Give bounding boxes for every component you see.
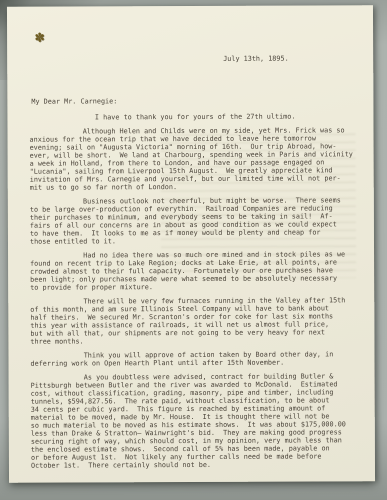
letter-paragraph: There will be very few furnaces running … [30,296,366,345]
letter-paragraph: I have to thank you for yours of the 27t… [29,112,365,121]
letter-body: I have to thank you for yours of the 27t… [7,112,375,470]
scan-background: ✽ July 13th, 1895. My Dear Mr. Carnegie:… [0,0,387,500]
letter-salutation: My Dear Mr. Carnegie: [7,96,373,106]
letter-paragraph: As you doubtless were advised, contract … [31,372,367,469]
letter-paper: ✽ July 13th, 1895. My Dear Mr. Carnegie:… [7,5,375,483]
letter-paragraph: Business outlook not cheerful, but might… [30,196,366,245]
letter-date: July 13th, 1895. [7,5,373,64]
letter-paragraph: Had no idea there was so much ore mined … [30,250,366,291]
rosette-punch-icon: ✽ [35,30,44,45]
letter-paragraph: Although Helen and Childs were on my sid… [29,126,365,191]
letter-paragraph: Think you will approve of action taken b… [30,350,366,367]
